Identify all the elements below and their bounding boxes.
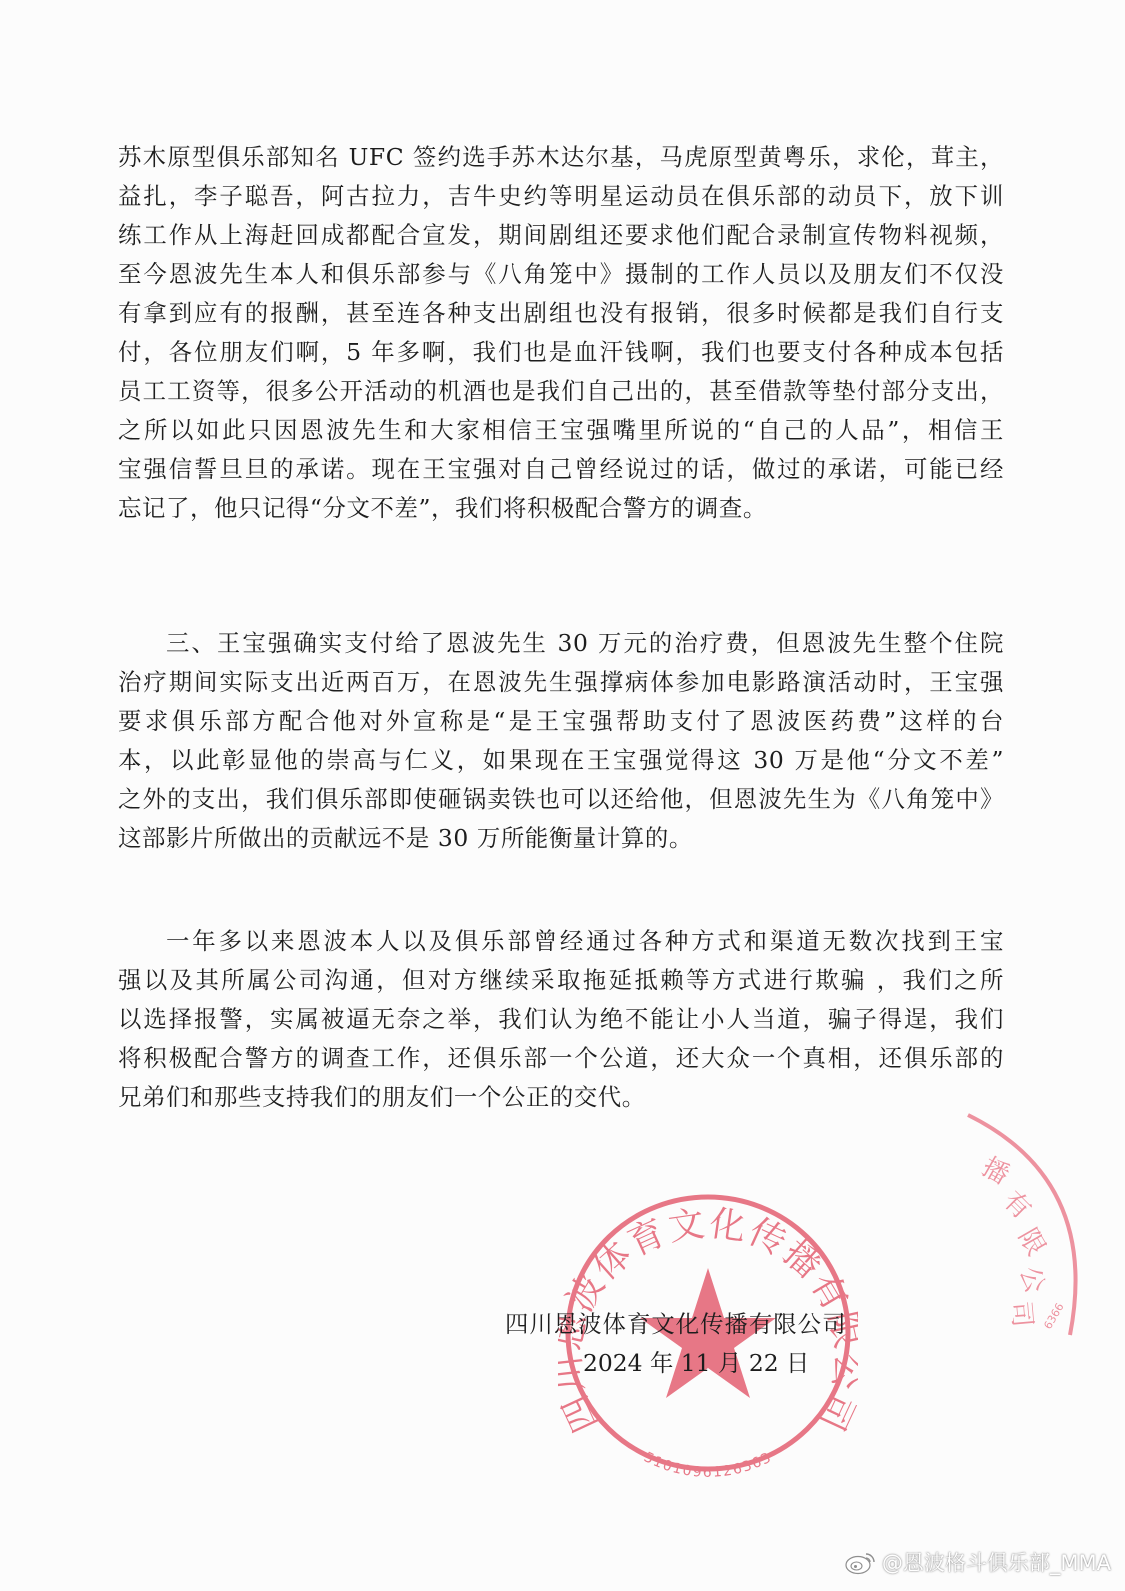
text-line: 有拿到应有的报酬，甚至连各种支出剧组也没有报销，很多时候都是我们自行支 [118,294,1004,333]
text-line: 益扎，李子聪吾，阿古拉力，吉牛史约等明星运动员在俱乐部的动员下，放下训 [118,177,1004,216]
text-line: 苏木原型俱乐部知名 UFC 签约选手苏木达尔基，马虎原型黄粤乐，求伦，茸主， [118,138,1004,177]
paragraph-2: 三、王宝强确实支付给了恩波先生 30 万元的治疗费，但恩波先生整个住院 治疗期间… [118,624,1004,858]
text-line: 之外的支出，我们俱乐部即使砸锅卖铁也可以还给他，但恩波先生为《八角笼中》 [118,780,1004,819]
svg-text:限: 限 [1012,1224,1051,1262]
text-line: 宝强信誓旦旦的承诺。现在王宝强对自己曾经说过的话，做过的承诺，可能已经 [118,450,1004,489]
text-line: 要求俱乐部方配合他对外宣称是“是王宝强帮助支付了恩波医药费”这样的台 [118,702,1004,741]
text-line: 以选择报警，实属被逼无奈之举，我们认为绝不能让小人当道，骗子得逞，我们 [118,1000,1004,1039]
text-line: 付，各位朋友们啊，5 年多啊，我们也是血汗钱啊，我们也要支付各种成本包括 [118,333,1004,372]
svg-text:公: 公 [1013,1263,1050,1297]
signature-block: 四川恩波体育文化传播有限公司 2024 年 11 月 22 日 [505,1305,875,1383]
weibo-icon [844,1548,878,1576]
svg-text:有: 有 [997,1186,1037,1226]
partial-seal-code: 6366 [1041,1301,1066,1332]
text-line: 至今恩波先生本人和俱乐部参与《八角笼中》摄制的工作人员以及朋友们不仅没 [118,255,1004,294]
partial-seal-char: 播 [977,1152,1015,1191]
document-page: 苏木原型俱乐部知名 UFC 签约选手苏木达尔基，马虎原型黄粤乐，求伦，茸主， 益… [0,0,1125,1591]
text-line: 忘记了，他只记得“分文不差”，我们将积极配合警方的调查。 [118,489,1004,528]
weibo-watermark: @恩波格斗俱乐部_MMA [844,1547,1111,1577]
text-line: 三、王宝强确实支付给了恩波先生 30 万元的治疗费，但恩波先生整个住院 [118,624,1004,663]
text-line: 这部影片所做出的贡献远不是 30 万所能衡量计算的。 [118,819,1004,858]
paragraph-1: 苏木原型俱乐部知名 UFC 签约选手苏木达尔基，马虎原型黄粤乐，求伦，茸主， 益… [118,138,1004,528]
signing-date: 2024 年 11 月 22 日 [505,1344,875,1383]
text-line: 治疗期间实际支出近两百万，在恩波先生强撑病体参加电影路演活动时，王宝强 [118,663,1004,702]
text-line: 一年多以来恩波本人以及俱乐部曾经通过各种方式和渠道无数次找到王宝 [118,922,1004,961]
svg-text:5101096126363: 5101096126363 [641,1449,775,1478]
text-line: 强以及其所属公司沟通，但对方继续采取拖延抵赖等方式进行欺骗 ，我们之所 [118,961,1004,1000]
text-line: 练工作从上海赶回成都配合宣发，期间剧组还要求他们配合录制宣传物料视频， [118,216,1004,255]
watermark-handle: @恩波格斗俱乐部_MMA [882,1547,1111,1577]
svg-text:司: 司 [1005,1300,1037,1329]
seal-code: 5101096126363 [641,1449,775,1478]
text-line: 之所以如此只因恩波先生和大家相信王宝强嘴里所说的“自己的人品”，相信王 [118,411,1004,450]
text-line: 员工工资等，很多公开活动的机酒也是我们自己出的，甚至借款等垫付部分支出， [118,372,1004,411]
text-line: 兄弟们和那些支持我们的朋友们一个公正的交代。 [118,1078,1004,1117]
partial-seal: 播 有 限 公 司 6366 [960,1090,1125,1340]
paragraph-3: 一年多以来恩波本人以及俱乐部曾经通过各种方式和渠道无数次找到王宝 强以及其所属公… [118,922,1004,1117]
text-line: 将积极配合警方的调查工作，还俱乐部一个公道，还大众一个真相，还俱乐部的 [118,1039,1004,1078]
text-line: 本，以此彰显他的崇高与仁义，如果现在王宝强觉得这 30 万是他“分文不差” [118,741,1004,780]
signing-company: 四川恩波体育文化传播有限公司 [505,1305,875,1344]
